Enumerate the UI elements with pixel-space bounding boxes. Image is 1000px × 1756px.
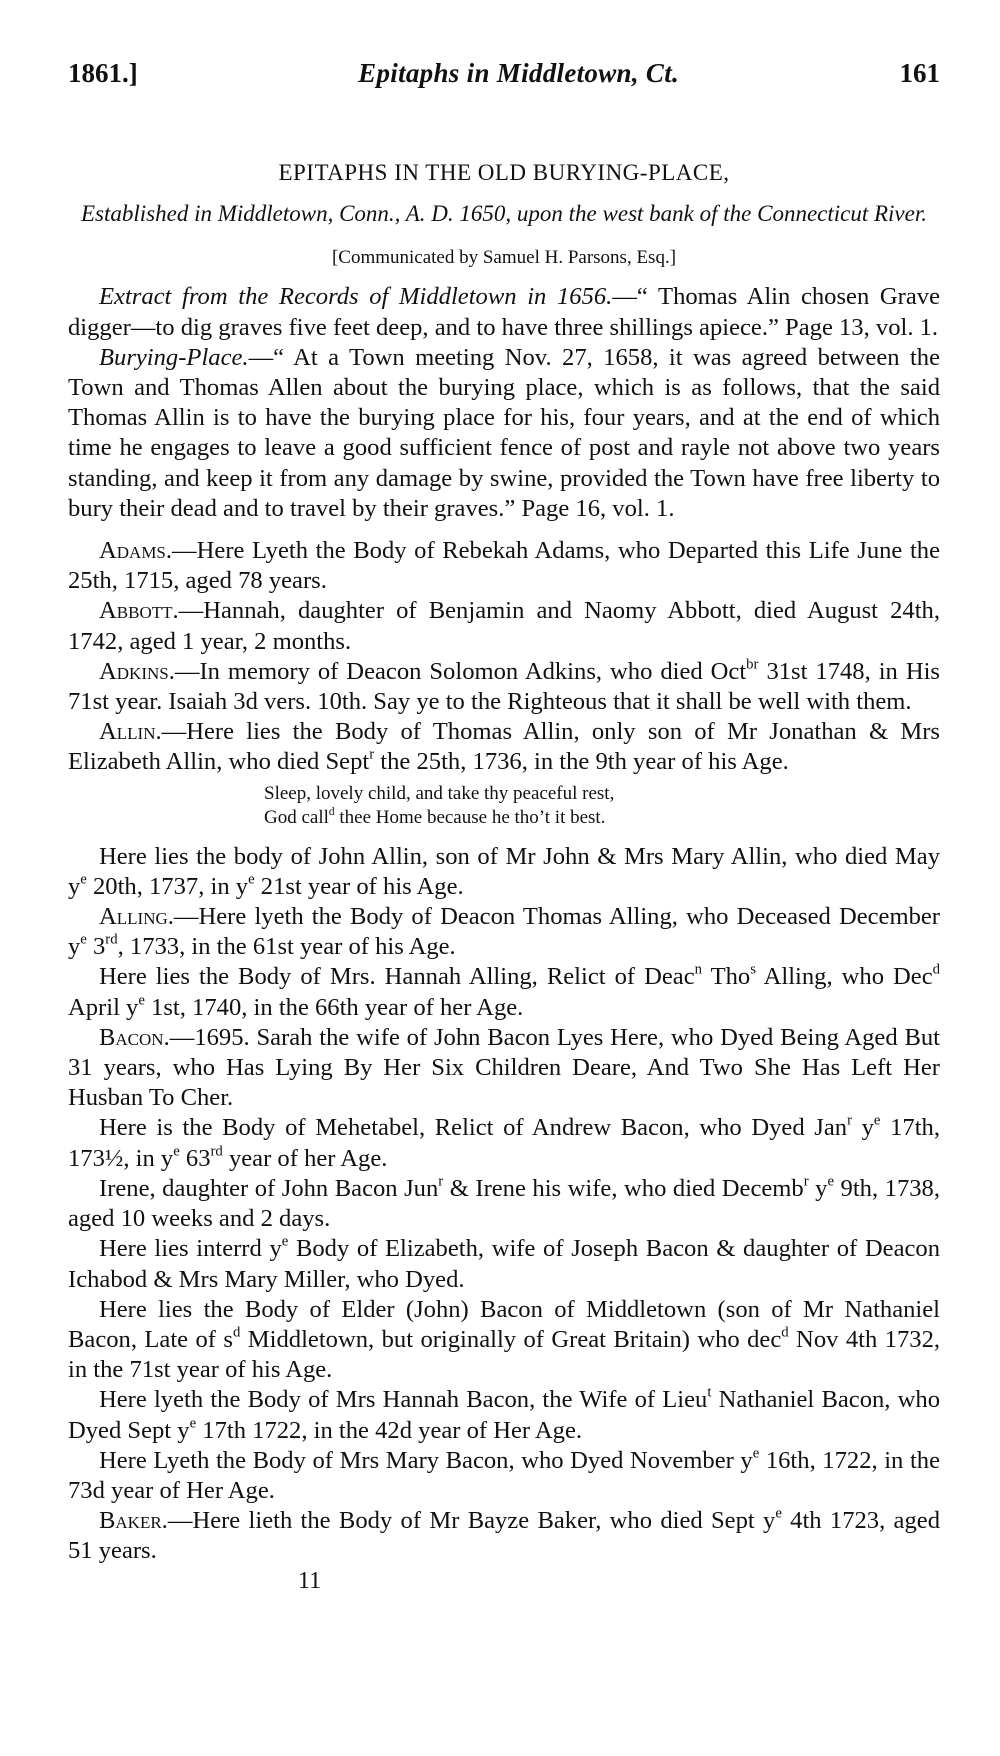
- epitaph-bacon: Bacon.—1695. Sarah the wife of John Baco…: [68, 1023, 940, 1114]
- running-head-year: 1861.]: [68, 58, 138, 89]
- epitaph-mehetabel-bacon: Here is the Body of Mehetabel, Relict of…: [68, 1113, 940, 1173]
- epitaph-adkins: Adkins.—In memory of Deacon Solomon Adki…: [68, 657, 940, 717]
- article-body: EPITAPHS IN THE OLD BURYING-PLACE, Estab…: [68, 158, 940, 1595]
- article-heading: EPITAPHS IN THE OLD BURYING-PLACE,: [68, 158, 940, 188]
- paragraph-burying-place: Burying-Place.—“ At a Town meeting Nov. …: [68, 343, 940, 524]
- epitaph-adams: Adams.—Here Lyeth the Body of Rebekah Ad…: [68, 536, 940, 596]
- running-head-title: Epitaphs in Middletown, Ct.: [358, 58, 679, 89]
- epitaph-mary-bacon: Here Lyeth the Body of Mrs Mary Bacon, w…: [68, 1446, 940, 1506]
- surname-heading: Adams.: [99, 537, 172, 564]
- surname-heading: Adkins.: [99, 658, 175, 685]
- running-head: 1861.] Epitaphs in Middletown, Ct. 161: [68, 58, 940, 89]
- epitaph-allin: Allin.—Here lies the Body of Thomas Alli…: [68, 717, 940, 777]
- extract-label: Extract from the Records of Middletown i…: [99, 283, 612, 310]
- surname-heading: Abbott.: [99, 597, 179, 624]
- epitaph-elder-john-bacon: Here lies the Body of Elder (John) Bacon…: [68, 1295, 940, 1386]
- communicated-by: [Communicated by Samuel H. Parsons, Esq.…: [68, 243, 940, 273]
- surname-heading: Bacon.: [99, 1024, 170, 1051]
- epitaph-verse: Sleep, lovely child, and take thy peacef…: [264, 782, 940, 830]
- epitaph-abbott: Abbott.—Hannah, daughter of Benjamin and…: [68, 596, 940, 656]
- surname-heading: Allin.: [99, 718, 162, 745]
- epitaph-irene-bacon: Irene, daughter of John Bacon Junr & Ire…: [68, 1174, 940, 1234]
- epitaph-baker: Baker.—Here lieth the Body of Mr Bayze B…: [68, 1506, 940, 1566]
- article-subheading: Established in Middletown, Conn., A. D. …: [68, 200, 940, 227]
- epitaph-john-allin: Here lies the body of John Allin, son of…: [68, 842, 940, 902]
- epitaph-hannah-bacon: Here lyeth the Body of Mrs Hannah Bacon,…: [68, 1385, 940, 1445]
- surname-heading: Alling.: [99, 903, 174, 930]
- epitaph-alling: Alling.—Here lyeth the Body of Deacon Th…: [68, 902, 940, 962]
- epitaph-hannah-alling: Here lies the Body of Mrs. Hannah Alling…: [68, 962, 940, 1022]
- page-number: 161: [900, 58, 941, 89]
- signature-mark: 11: [298, 1567, 940, 1595]
- document-page: 1861.] Epitaphs in Middletown, Ct. 161 E…: [0, 0, 1000, 1756]
- verse-line: God calld thee Home because he tho’t it …: [264, 806, 940, 830]
- verse-line: Sleep, lovely child, and take thy peacef…: [264, 782, 940, 806]
- epitaph-elizabeth-bacon: Here lies interrd ye Body of Elizabeth, …: [68, 1234, 940, 1294]
- paragraph-extract: Extract from the Records of Middletown i…: [68, 282, 940, 342]
- surname-heading: Baker.: [99, 1507, 168, 1534]
- burying-place-label: Burying-Place.: [99, 344, 249, 371]
